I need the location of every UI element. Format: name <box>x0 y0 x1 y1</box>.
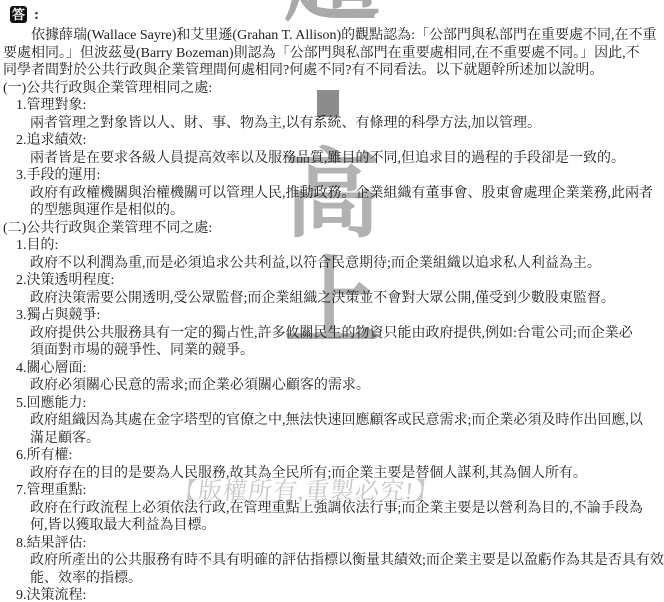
text-line: 何,皆以獲取最大利益為目標。 <box>0 517 664 535</box>
text-line: 能、效率的指標。 <box>0 570 664 588</box>
text-line: 要處相同。」但波茲曼(Barry Bozeman)則認為「公部門與私部門在重要處… <box>0 45 664 63</box>
text-line: 政府所產出的公共服務有時不具有明確的評估指標以衡量其績效;而企業主要是以盈虧作為… <box>0 552 664 570</box>
text-line: 政府必須關心民意的需求;而企業必須關心顧客的需求。 <box>0 377 664 395</box>
text-line: 9.決策流程: <box>0 587 664 602</box>
answer-body: 依據薛瑞(Wallace Sayre)和艾里遜(Grahan T. Alliso… <box>0 27 664 602</box>
text-line: 2.決策透明程度: <box>0 272 664 290</box>
text-line: 1.管理對象: <box>0 97 664 115</box>
answer-header: 答 : <box>0 6 664 24</box>
text-line: 政府組織因為其處在金字塔型的官僚之中,無法快速回應顧客或民意需求;而企業必須及時… <box>0 412 664 430</box>
answer-badge: 答 <box>10 6 27 23</box>
text-line: 2.追求績效: <box>0 132 664 150</box>
text-line: (一)公共行政與企業管理相同之處: <box>0 80 664 98</box>
text-line: 5.回應能力: <box>0 395 664 413</box>
text-line: 政府在行政流程上必須依法行政,在管理重點上強調依法行事;而企業主要是以營利為目的… <box>0 500 664 518</box>
text-line: 政府存在的目的是要為人民服務,故其為全民所有;而企業主要是替個人謀利,其為個人所… <box>0 465 664 483</box>
answer-colon: : <box>34 6 39 24</box>
text-line: 政府有政權機關與治權機關可以管理人民,推動政務。企業組織有董事會、股東會處理企業… <box>0 185 664 203</box>
text-line: 兩者管理之對象皆以人、財、事、物為主,以有系統、有條理的科學方法,加以管理。 <box>0 115 664 133</box>
text-line: 依據薛瑞(Wallace Sayre)和艾里遜(Grahan T. Alliso… <box>0 27 664 45</box>
text-line: 8.結果評估: <box>0 535 664 553</box>
text-line: 4.關心層面: <box>0 360 664 378</box>
text-line: 6.所有權: <box>0 447 664 465</box>
text-line: 政府決策需要公開透明,受公眾監督;而企業組織之決策並不會對大眾公開,僅受到少數股… <box>0 290 664 308</box>
text-line: 同學者間對於公共行政與企業管理間何處相同?何處不同?有不同看法。以下就題幹所述加… <box>0 62 664 80</box>
text-line: 政府提供公共服務具有一定的獨占性,許多攸關民生的物資只能由政府提供,例如:台電公… <box>0 325 664 343</box>
text-line: 3.手段的運用: <box>0 167 664 185</box>
document-page: 超 高 上 【版權所有,重製必究!】 答 : 依據薛瑞(Wallace Sayr… <box>0 0 664 602</box>
text-line: 1.目的: <box>0 237 664 255</box>
text-line: 政府不以利潤為重,而是必須追求公共利益,以符合民意期待;而企業組織以追求私人利益… <box>0 255 664 273</box>
text-line: 7.管理重點: <box>0 482 664 500</box>
text-line: 滿足顧客。 <box>0 430 664 448</box>
text-line: 須面對市場的競爭性、同業的競爭。 <box>0 342 664 360</box>
text-line: 兩者皆是在要求各級人員提高效率以及服務品質,雖目的不同,但追求目的過程的手段卻是… <box>0 150 664 168</box>
answer-content: 答 : 依據薛瑞(Wallace Sayre)和艾里遜(Grahan T. Al… <box>0 0 664 602</box>
text-line: 的型態與運作是相似的。 <box>0 202 664 220</box>
text-line: (二)公共行政與企業管理不同之處: <box>0 220 664 238</box>
text-line: 3.獨占與競爭: <box>0 307 664 325</box>
